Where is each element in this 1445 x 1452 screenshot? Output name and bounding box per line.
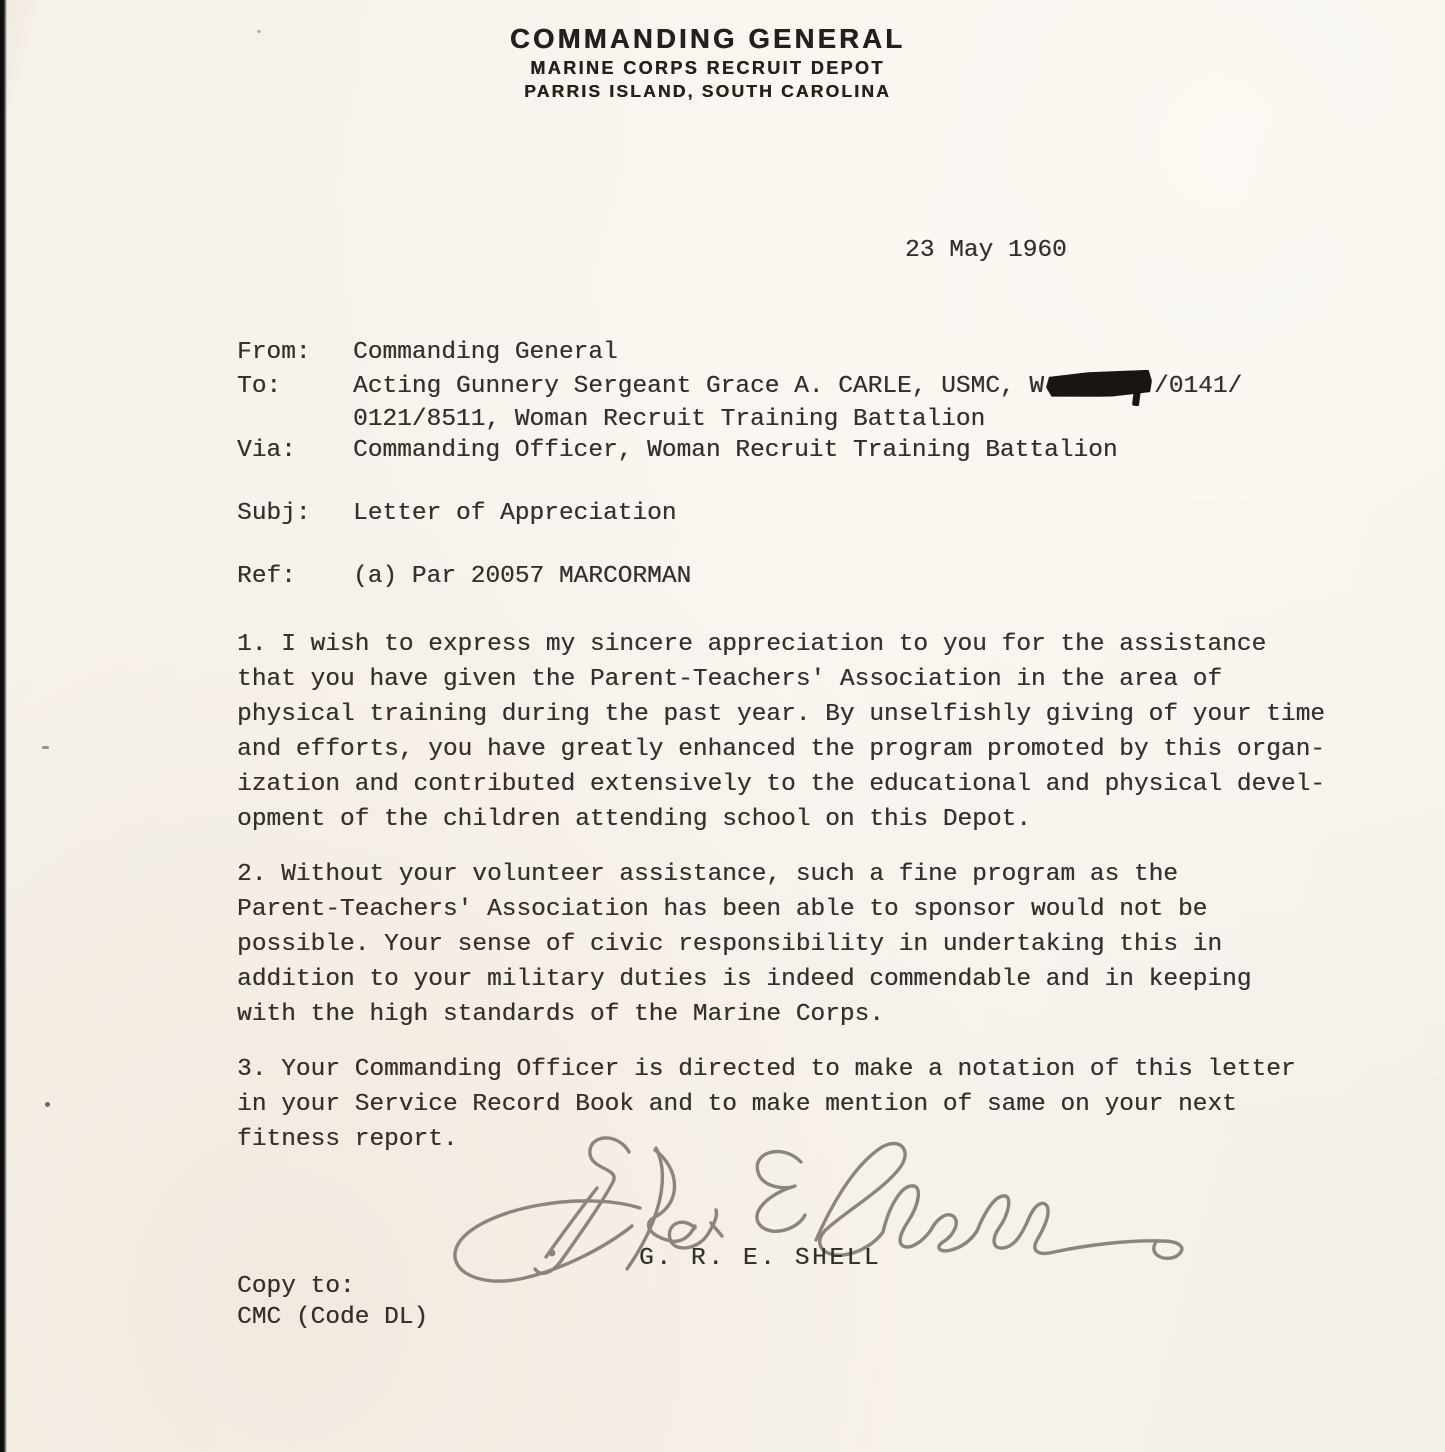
to-value-line2: 0121/8511, Woman Recruit Training Battal… (353, 403, 1433, 436)
to-label: To: (237, 370, 353, 403)
from-label: From: (237, 336, 353, 369)
paragraph-1: 1. I wish to express my sincere apprecia… (237, 627, 1397, 837)
copy-to-block: Copy to: CMC (Code DL) (237, 1271, 428, 1333)
letter-date: 23 May 1960 (905, 233, 1067, 268)
scan-speck (45, 1102, 50, 1107)
via-row: Via: Commanding Officer, Woman Recruit T… (237, 434, 1433, 467)
scan-edge-artifact (0, 0, 7, 1452)
via-value: Commanding Officer, Woman Recruit Traini… (353, 434, 1433, 467)
signature-handwriting (430, 1128, 1210, 1308)
letterhead-location: PARRIS ISLAND, SOUTH CAROLINA (0, 80, 1415, 102)
via-label: Via: (237, 434, 353, 467)
letterhead: COMMANDING GENERAL MARINE CORPS RECRUIT … (0, 24, 1415, 102)
paragraph-2: 2. Without your volunteer assistance, su… (237, 857, 1397, 1032)
letterhead-subtitle: MARINE CORPS RECRUIT DEPOT (0, 57, 1415, 80)
from-row: From: Commanding General (237, 336, 1433, 369)
to-value-line1-pre: Acting Gunnery Sergeant Grace A. CARLE, … (353, 373, 1044, 400)
subject-label: Subj: (237, 497, 353, 530)
reference-row: Ref: (a) Par 20057 MARCORMAN (237, 560, 1433, 593)
typed-signature-name: G. R. E. SHELL (639, 1241, 881, 1276)
reference-value: (a) Par 20057 MARCORMAN (353, 560, 1433, 593)
subject-value: Letter of Appreciation (353, 497, 1433, 530)
scan-speck (42, 746, 49, 749)
reference-label: Ref: (237, 560, 353, 593)
letterhead-title: COMMANDING GENERAL (0, 24, 1415, 54)
subject-row: Subj: Letter of Appreciation (237, 497, 1433, 530)
to-value-line1-post: /0141/ (1154, 373, 1242, 400)
from-value: Commanding General (353, 336, 1433, 369)
